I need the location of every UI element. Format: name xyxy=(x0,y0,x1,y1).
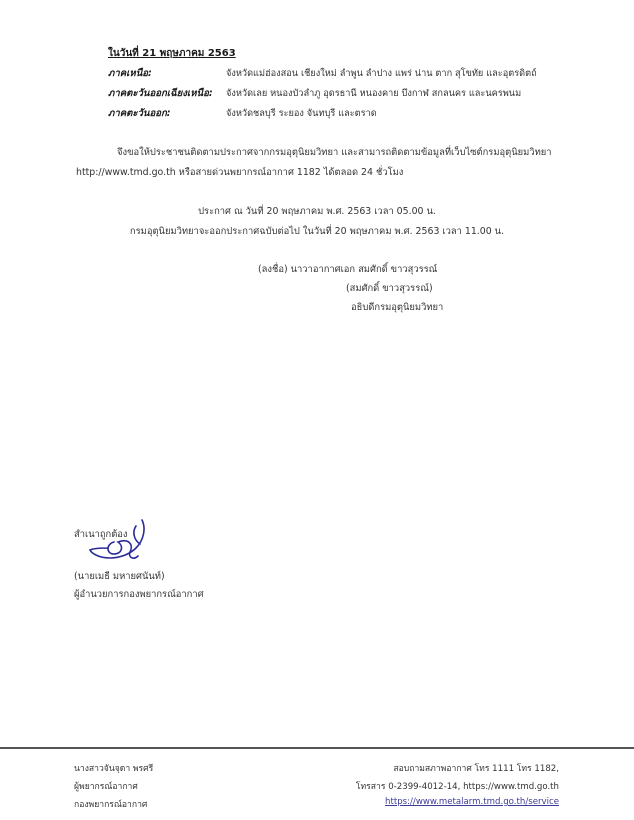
region-label-northeast: ภาคตะวันออกเฉียงเหนือ: xyxy=(108,86,213,101)
footer-divider xyxy=(0,747,634,749)
announcement-issued: ประกาศ ณ วันที่ 20 พฤษภาคม พ.ศ. 2563 เวล… xyxy=(0,204,634,219)
advice-line-2: http://www.tmd.go.th หรือสายด่วนพยากรณ์อ… xyxy=(76,165,403,180)
certified-title: ผู้อำนวยการกองพยากรณ์อากาศ xyxy=(74,587,204,602)
signatory-title: อธิบดีกรมอุตุนิยมวิทยา xyxy=(351,300,443,315)
signatory-signed: (ลงชื่อ) นาวาอากาศเอก สมศักดิ์ ขาวสุวรรณ… xyxy=(258,262,437,277)
region-value-north: จังหวัดแม่ฮ่องสอน เชียงใหม่ ลำพูน ลำปาง … xyxy=(226,66,537,81)
footer-contact-phone: สอบถามสภาพอากาศ โทร 1111 โทร 1182, xyxy=(393,761,559,775)
footer-forecaster-division: กองพยากรณ์อากาศ xyxy=(74,797,147,811)
footer-forecaster-name: นางสาวจันจุดา พรศรี xyxy=(74,761,153,775)
region-label-north: ภาคเหนือ: xyxy=(108,66,152,81)
footer-contact-fax: โทรสาร 0-2399-4012-14, https://www.tmd.g… xyxy=(356,779,559,793)
footer-service-link[interactable]: https://www.metalarm.tmd.go.th/service xyxy=(385,797,559,807)
signatory-name: (สมศักดิ์ ขาวสุวรรณ์) xyxy=(346,281,433,296)
region-value-east: จังหวัดชลบุรี ระยอง จันทบุรี และตราด xyxy=(226,106,377,121)
footer-forecaster-position: ผู้พยากรณ์อากาศ xyxy=(74,779,138,793)
region-value-northeast: จังหวัดเลย หนองบัวลำภู อุดรธานี หนองคาย … xyxy=(226,86,521,101)
signature-icon xyxy=(84,518,154,564)
region-label-east: ภาคตะวันออก: xyxy=(108,106,171,121)
advice-line-1: จึงขอให้ประชาชนติดตามประกาศจากกรมอุตุนิย… xyxy=(117,145,552,160)
forecast-date-heading: ในวันที่ 21 พฤษภาคม 2563 xyxy=(108,46,236,61)
announcement-next: กรมอุตุนิยมวิทยาจะออกประกาศฉบับต่อไป ในว… xyxy=(0,224,634,239)
certified-name: (นายเมธี มหายศนันท์) xyxy=(74,569,165,584)
